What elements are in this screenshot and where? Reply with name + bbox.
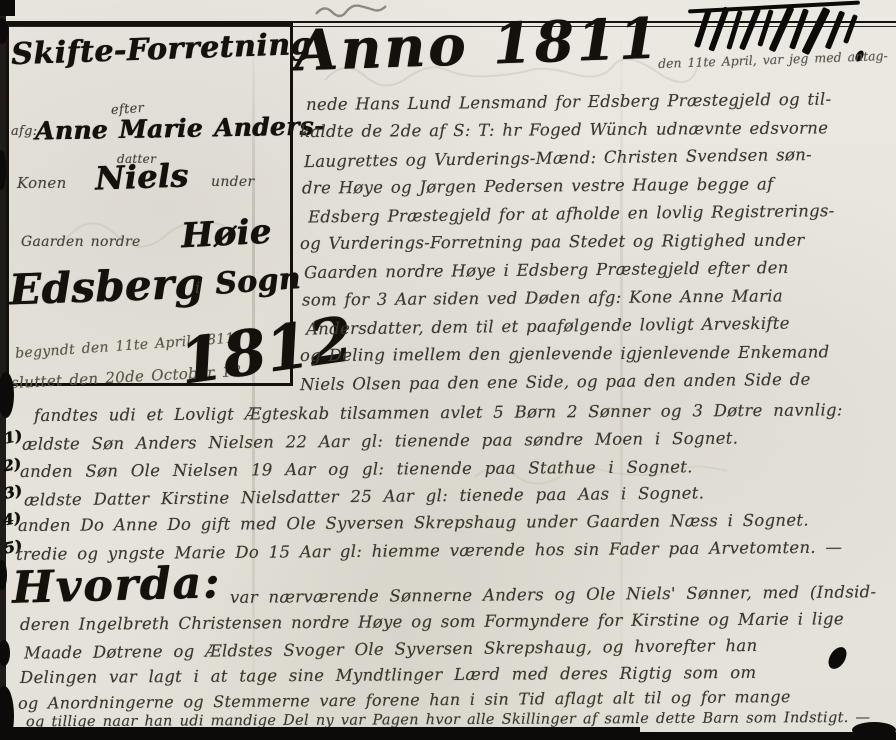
text-line: og Vurderings-Forretning paa Stedet og R… xyxy=(300,230,888,253)
manuscript-page: Skifte-Forretning efter afg: Anne Marie … xyxy=(0,0,896,740)
word-sogn: Sogn xyxy=(214,261,302,302)
name-prefix: afg: xyxy=(11,124,37,139)
child-line: anden Do Anne Do gift med Ole Syversen S… xyxy=(18,510,890,535)
word-under: under xyxy=(211,174,254,190)
closing-line: og Anordningerne og Stemmerne vare foren… xyxy=(18,686,890,713)
hvorda-line: var nærværende Sønnerne Anders og Ole Ni… xyxy=(230,582,890,607)
deceased-name: Anne Marie Anders- xyxy=(35,111,325,145)
document-title: Skifte-Forretning xyxy=(10,27,312,72)
text-line: Laugrettes og Vurderings-Mænd: Christen … xyxy=(304,144,890,171)
text-line: Edsberg Præstegjeld for at afholde en lo… xyxy=(308,200,890,226)
farm-name: Høie xyxy=(180,212,273,257)
farm-prefix: Gaarden nordre xyxy=(21,234,141,250)
text-line: og Deling imellem den gjenlevende igjenl… xyxy=(300,342,888,365)
title-box: Skifte-Forretning efter afg: Anne Marie … xyxy=(6,23,293,386)
text-line: Andersdatter, dem til et paafølgende lov… xyxy=(306,312,890,338)
closing-line: Maade Døtrene og Ældstes Svoger Ole Syve… xyxy=(24,634,890,662)
closing-line: Delingen var lagt i at tage sine Myndtli… xyxy=(20,662,890,687)
word-i: i xyxy=(195,278,200,297)
text-line: Gaarden nordre Høye i Edsberg Præstegjel… xyxy=(304,257,890,282)
parish-name: Edsberg xyxy=(8,259,204,315)
text-line: kaldte de 2de af S: T: hr Foged Wünch ud… xyxy=(300,118,888,141)
hvorda-heading: Hvorda: xyxy=(11,557,221,613)
text-line: dre Høye og Jørgen Pedersen vestre Hauge… xyxy=(302,173,888,197)
child-line: ældste Søn Anders Nielsen 22 Aar gl: tie… xyxy=(22,427,890,454)
word-konen: Konen xyxy=(17,174,67,192)
closing-line: deren Ingelbreth Christensen nordre Høye… xyxy=(20,609,890,634)
body-intro-line: fandtes udi et Lovligt Ægteskab tilsamme… xyxy=(34,400,890,425)
anno-heading: Anno 1811 xyxy=(293,6,662,85)
text-line: som for 3 Aar siden ved Døden afg: Kone … xyxy=(302,285,888,309)
text-line: Niels Olsen paa den ene Side, og paa den… xyxy=(300,369,890,394)
child-line: ældste Datter Kirstine Nielsdatter 25 Aa… xyxy=(24,481,890,509)
widower-first-name: Niels xyxy=(94,156,189,197)
